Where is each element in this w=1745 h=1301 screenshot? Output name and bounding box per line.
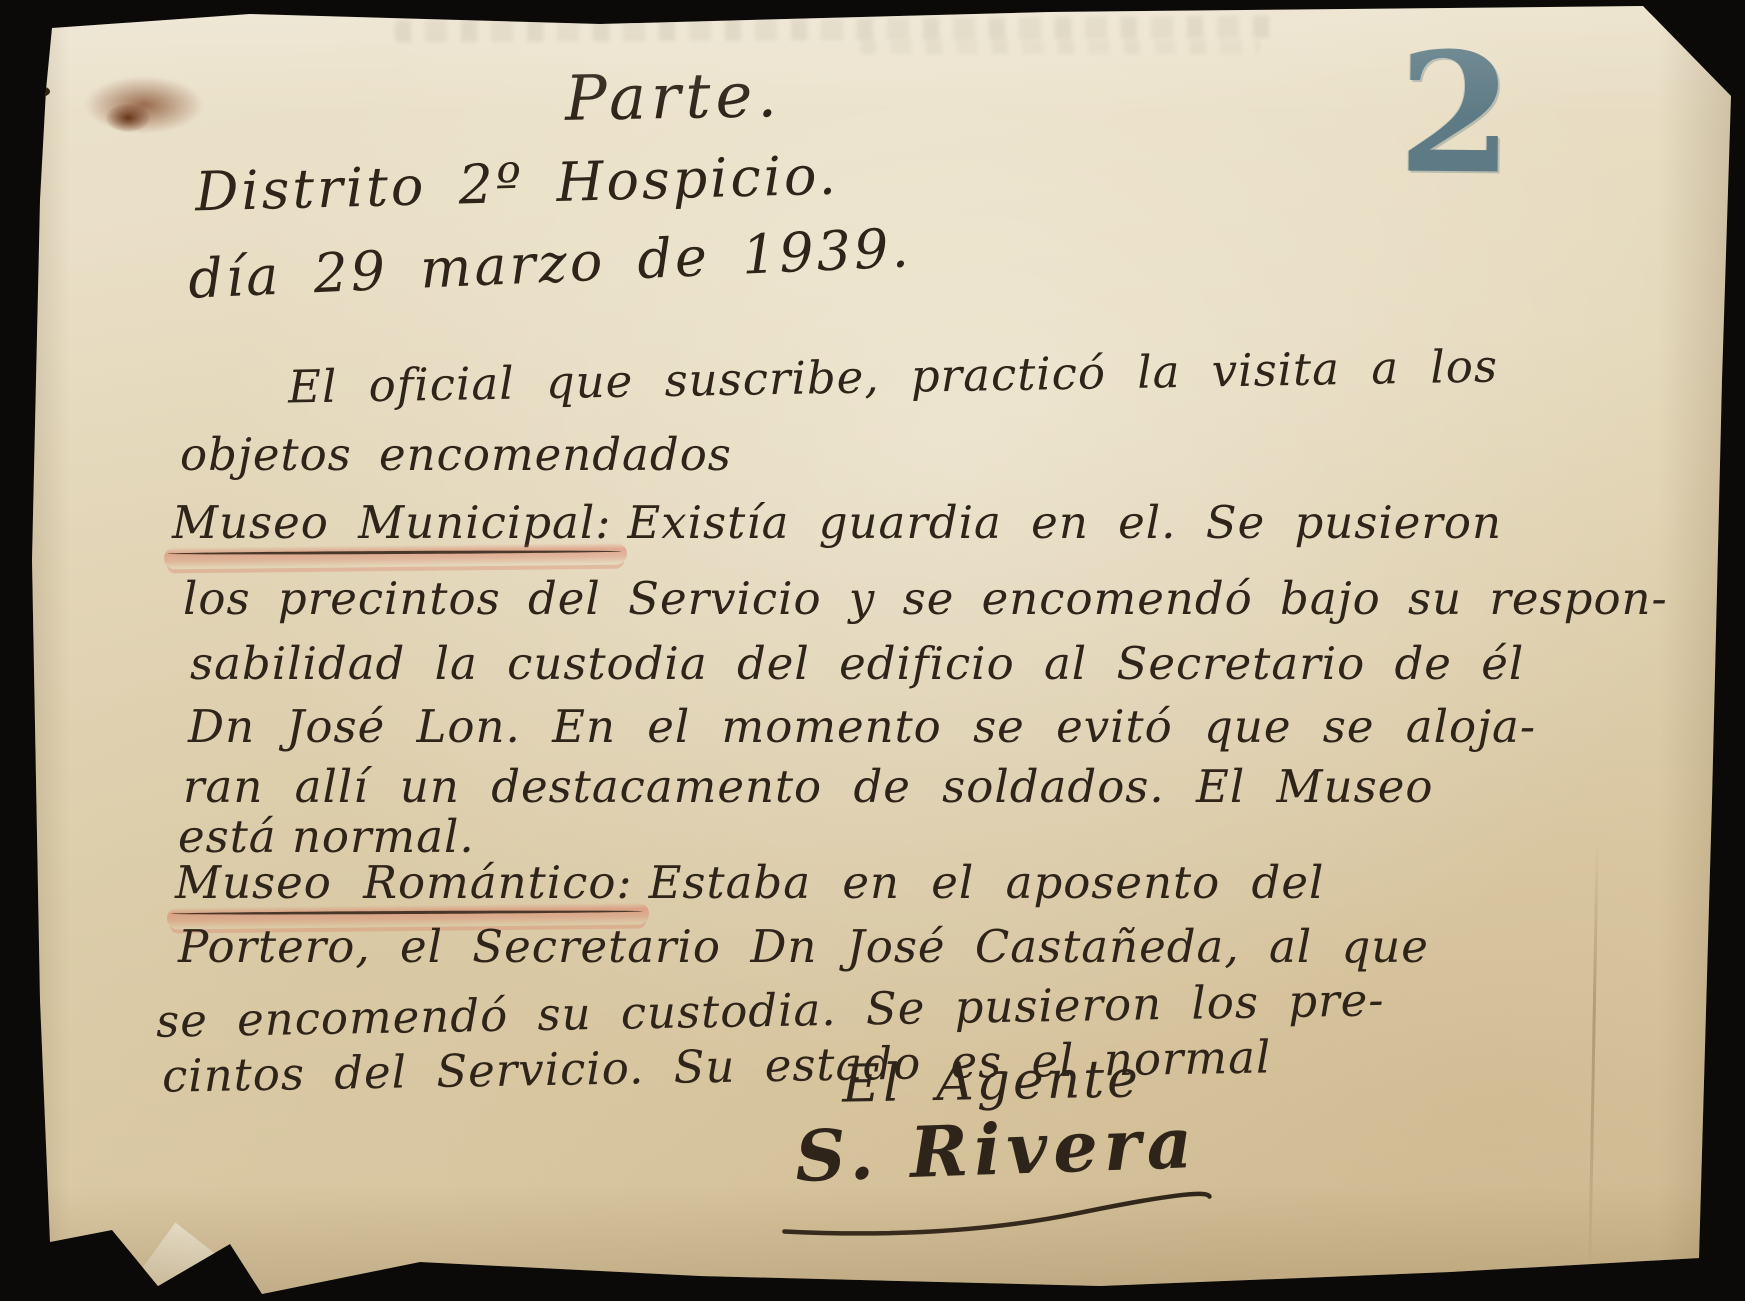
photo-background: 2 Parte. Distrito 2º Hospicio. día 29 ma… <box>0 0 1745 1301</box>
signature: S. Rivera <box>794 1101 1200 1198</box>
body-line-text: Existía guardia en el. Se pusieron <box>627 496 1502 549</box>
paper-tear <box>116 1218 251 1299</box>
date-line: día 29 marzo de 1939. <box>187 216 913 311</box>
museo-municipal-line: Museo Municipal:Existía guardia en el. S… <box>172 496 1502 549</box>
red-crayon-underline <box>164 543 628 570</box>
signature-flourish <box>777 1188 1218 1243</box>
body-line: objetos encomendados <box>180 428 732 481</box>
document-page: 2 Parte. Distrito 2º Hospicio. día 29 ma… <box>0 0 1745 1301</box>
body-line: los precintos del Servicio y se encomend… <box>183 572 1668 625</box>
body-line: Dn José Lon. En el momento se evitó que … <box>188 700 1536 753</box>
ghost-text-impression <box>860 40 1260 54</box>
museo-romantico-heading: Museo Romántico: <box>175 856 633 909</box>
paper-crease <box>1588 840 1599 1270</box>
museo-romantico-line: Museo Romántico:Estaba en el aposento de… <box>175 856 1324 909</box>
museo-municipal-heading-text: Museo Municipal: <box>172 496 611 549</box>
ink-stain <box>106 104 150 132</box>
museo-municipal-heading: Museo Municipal: <box>172 496 611 549</box>
page-number-stamp: 2 <box>1397 27 1519 208</box>
body-line: El oficial que suscribe, practicó la vis… <box>288 339 1499 413</box>
document-title: Parte. <box>564 58 782 135</box>
body-line-text: Estaba en el aposento del <box>649 856 1325 909</box>
museo-romantico-heading-text: Museo Romántico: <box>175 856 633 909</box>
body-line: ran allí un destacamento de soldados. El… <box>183 760 1433 813</box>
district-line: Distrito 2º Hospicio. <box>194 144 839 224</box>
paper-speck <box>30 86 50 97</box>
body-line: sabilidad la custodia del edificio al Se… <box>190 637 1524 690</box>
body-line: Portero, el Secretario Dn José Castañeda… <box>178 920 1429 973</box>
ghost-text-impression <box>395 16 1275 43</box>
paper-speck <box>24 146 39 155</box>
paper-speck <box>22 390 34 408</box>
